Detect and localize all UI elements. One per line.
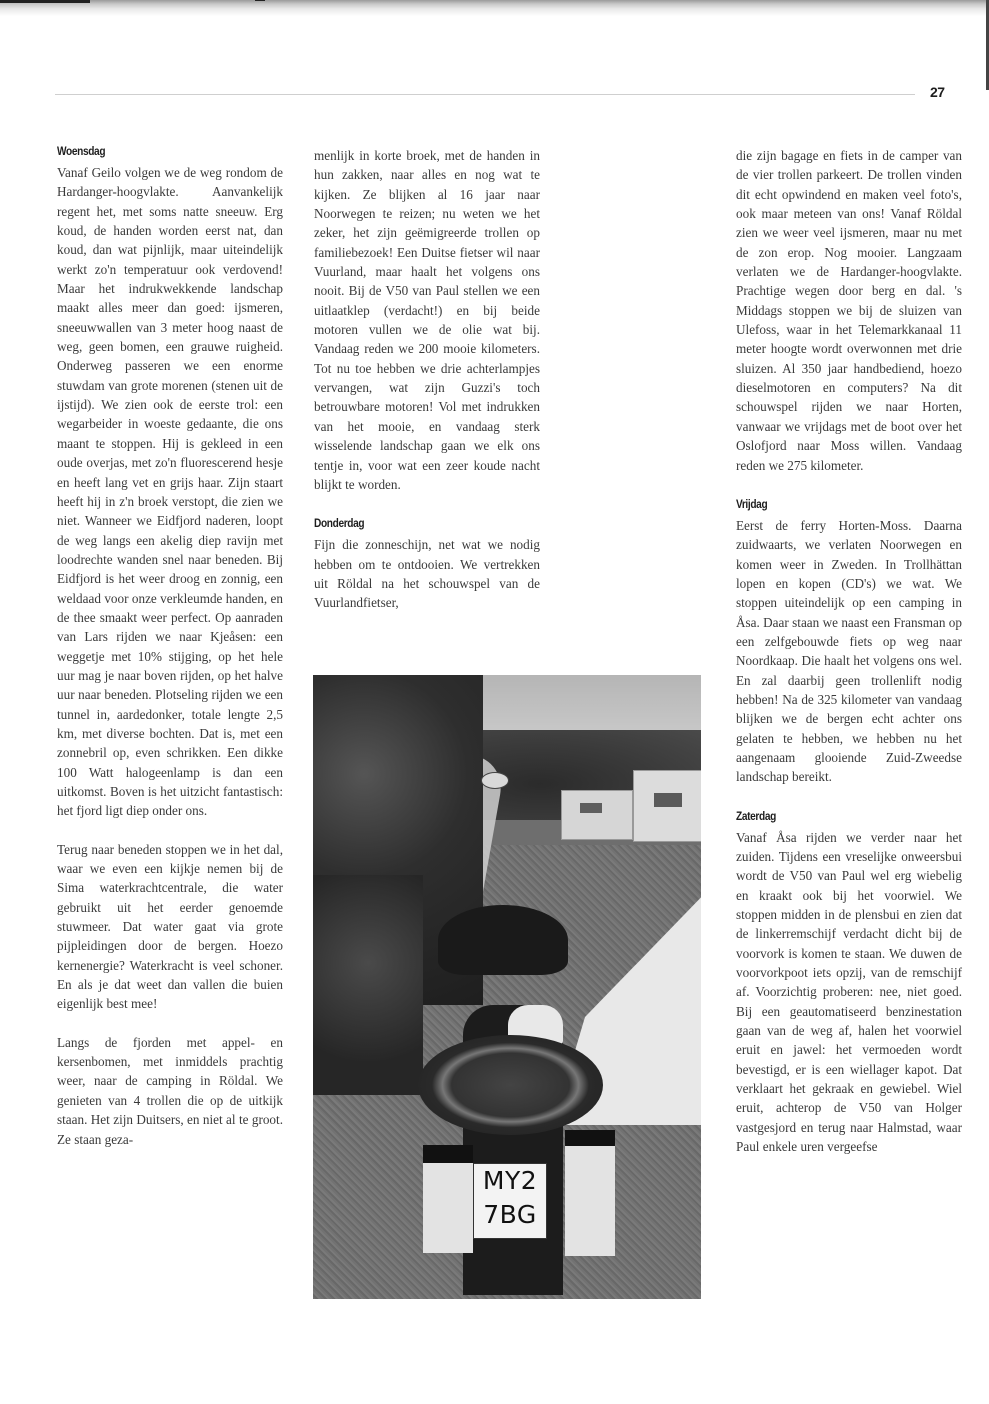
- page-number: 27: [930, 84, 945, 100]
- paragraph: Langs de fjorden met appel- en kersenbom…: [57, 1033, 283, 1149]
- scan-edge-top: [0, 0, 989, 16]
- header-rule: [55, 94, 915, 95]
- photo-pannier-right: [565, 1130, 615, 1256]
- photo-caravan: [633, 770, 701, 842]
- section-donderdag-continued: die zijn bagage en fiets in de camper va…: [736, 146, 962, 475]
- license-plate-line1: MY2: [474, 1164, 546, 1198]
- paragraph: Vanaf Geilo volgen we de weg rondom de H…: [57, 163, 283, 821]
- section-heading: Vrijdag: [736, 497, 935, 514]
- paragraph: Fijn die zonneschijn, net wat we nodig h…: [314, 535, 540, 612]
- paragraph: menlijk in korte broek, met de handen in…: [314, 146, 540, 494]
- paragraph: Terug naar beneden stoppen we in het dal…: [57, 840, 283, 1014]
- column-3: die zijn bagage en fiets in de camper va…: [736, 146, 962, 1157]
- license-plate: MY2 7BG: [473, 1163, 547, 1239]
- photo-bush: [313, 875, 423, 1095]
- photo-pannier-left: [423, 1145, 473, 1253]
- section-donderdag: Donderdag Fijn die zonneschijn, net wat …: [314, 516, 540, 612]
- column-1: Woensdag Vanaf Geilo volgen we de weg ro…: [57, 144, 283, 1149]
- section-zaterdag: Zaterdag Vanaf Åsa rijden we verder naar…: [736, 809, 962, 1157]
- paragraph: Eerst de ferry Horten-Moss. Daarna zuidw…: [736, 516, 962, 787]
- license-plate-line2: 7BG: [474, 1198, 546, 1232]
- section-vrijdag: Vrijdag Eerst de ferry Horten-Moss. Daar…: [736, 497, 962, 787]
- section-heading: Woensdag: [57, 144, 256, 161]
- section-woensdag-continued: menlijk in korte broek, met de handen in…: [314, 146, 540, 494]
- photo-mirror: [481, 772, 509, 789]
- paragraph: die zijn bagage en fiets in de camper va…: [736, 146, 962, 475]
- photo-caravan: [561, 790, 633, 840]
- paragraph: Vanaf Åsa rijden we verder naar het zuid…: [736, 828, 962, 1157]
- section-heading: Zaterdag: [736, 809, 935, 826]
- photo-spare-wheel: [418, 1035, 603, 1135]
- section-woensdag: Woensdag Vanaf Geilo volgen we de weg ro…: [57, 144, 283, 1149]
- section-heading: Donderdag: [314, 516, 513, 533]
- column-2: menlijk in korte broek, met de handen in…: [314, 146, 540, 613]
- photo-motorcycle-tank: [438, 905, 568, 975]
- photo-motorcycle-campsite: MY2 7BG: [313, 675, 701, 1299]
- scan-edge-mark: [0, 0, 90, 3]
- scan-edge-mark: [255, 0, 265, 1]
